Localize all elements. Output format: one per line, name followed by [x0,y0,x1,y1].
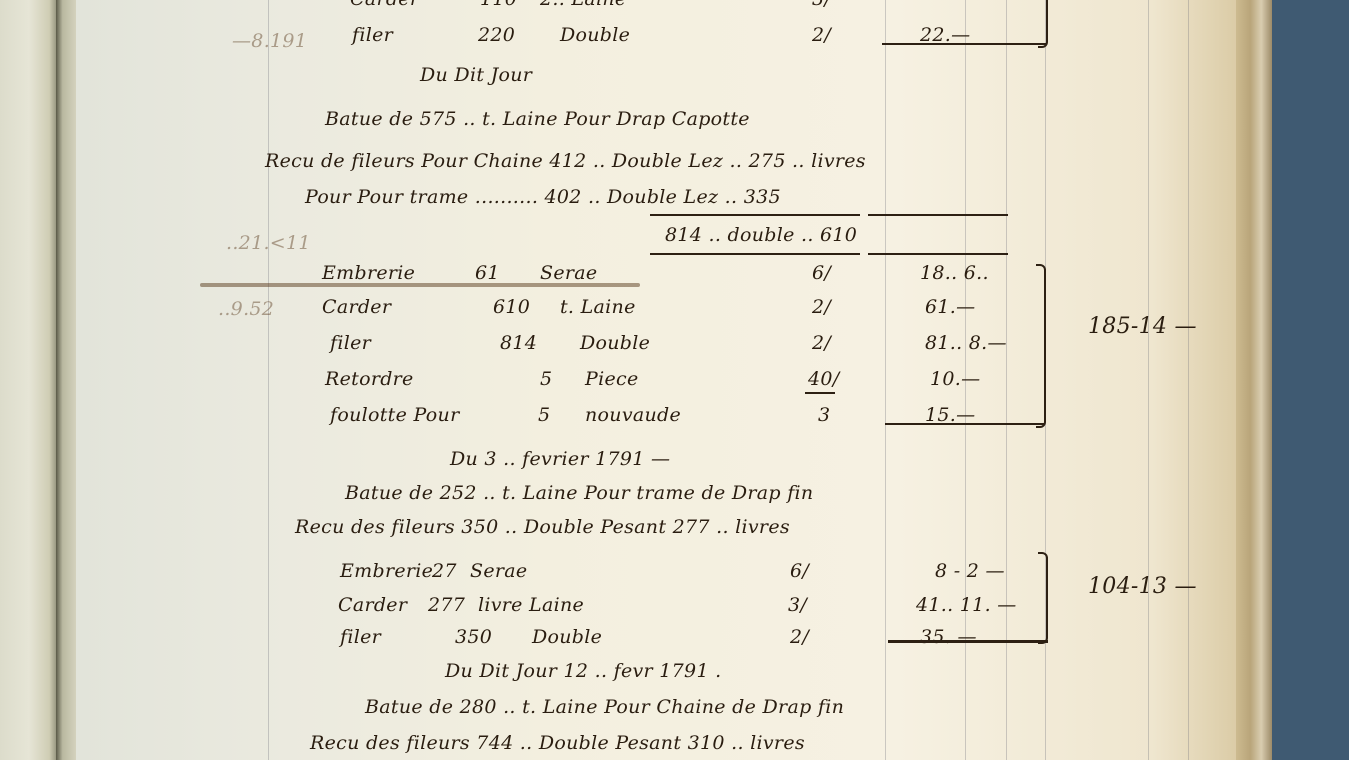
left-page-edge [0,0,58,760]
column-rule [1188,0,1189,760]
entry-line: 814 .. double .. 610 [665,224,857,246]
section-total: 104-13 — [1088,574,1197,599]
book-gutter [56,0,78,760]
sum-underline [885,423,1045,425]
margin-rule [268,0,269,760]
sum-underline [868,253,1008,255]
book-cover [1272,0,1349,760]
margin-note: —8.191 [232,30,307,52]
section-heading: Du 3 .. fevrier 1791 — [450,448,670,470]
margin-note: ..21.<11 [226,232,311,254]
entry-line: Recu des fileurs 350 .. Double Pesant 27… [295,516,790,538]
page-edge [1236,0,1272,760]
margin-note: ..9.52 [218,298,274,320]
entry-line: Batue de 575 .. t. Laine Pour Drap Capot… [325,108,750,130]
section-total: 185-14 — [1088,314,1197,339]
entry-line: Batue de 252 .. t. Laine Pour trame de D… [345,482,813,504]
sum-underline [882,43,1047,45]
column-rule [1006,0,1007,760]
entry-line: Recu des fileurs 744 .. Double Pesant 31… [310,732,805,754]
column-rule [885,0,886,760]
entry-line: Pour Pour trame .......... 402 .. Double… [305,186,781,208]
bracket [1038,0,1048,48]
sum-underline [888,640,1048,643]
section-heading: Du Dit Jour [420,64,532,86]
entry-line: Batue de 280 .. t. Laine Pour Chaine de … [365,696,844,718]
sum-underline [650,253,860,255]
sum-underline [650,214,860,216]
section-heading: Du Dit Jour 12 .. fevr 1791 . [445,660,722,682]
bracket [1036,264,1046,428]
column-rule [1148,0,1149,760]
entry-line: Recu de fileurs Pour Chaine 412 .. Doubl… [265,150,866,172]
bracket [1038,552,1048,644]
sum-underline [868,214,1008,216]
rate-underline [805,392,835,394]
